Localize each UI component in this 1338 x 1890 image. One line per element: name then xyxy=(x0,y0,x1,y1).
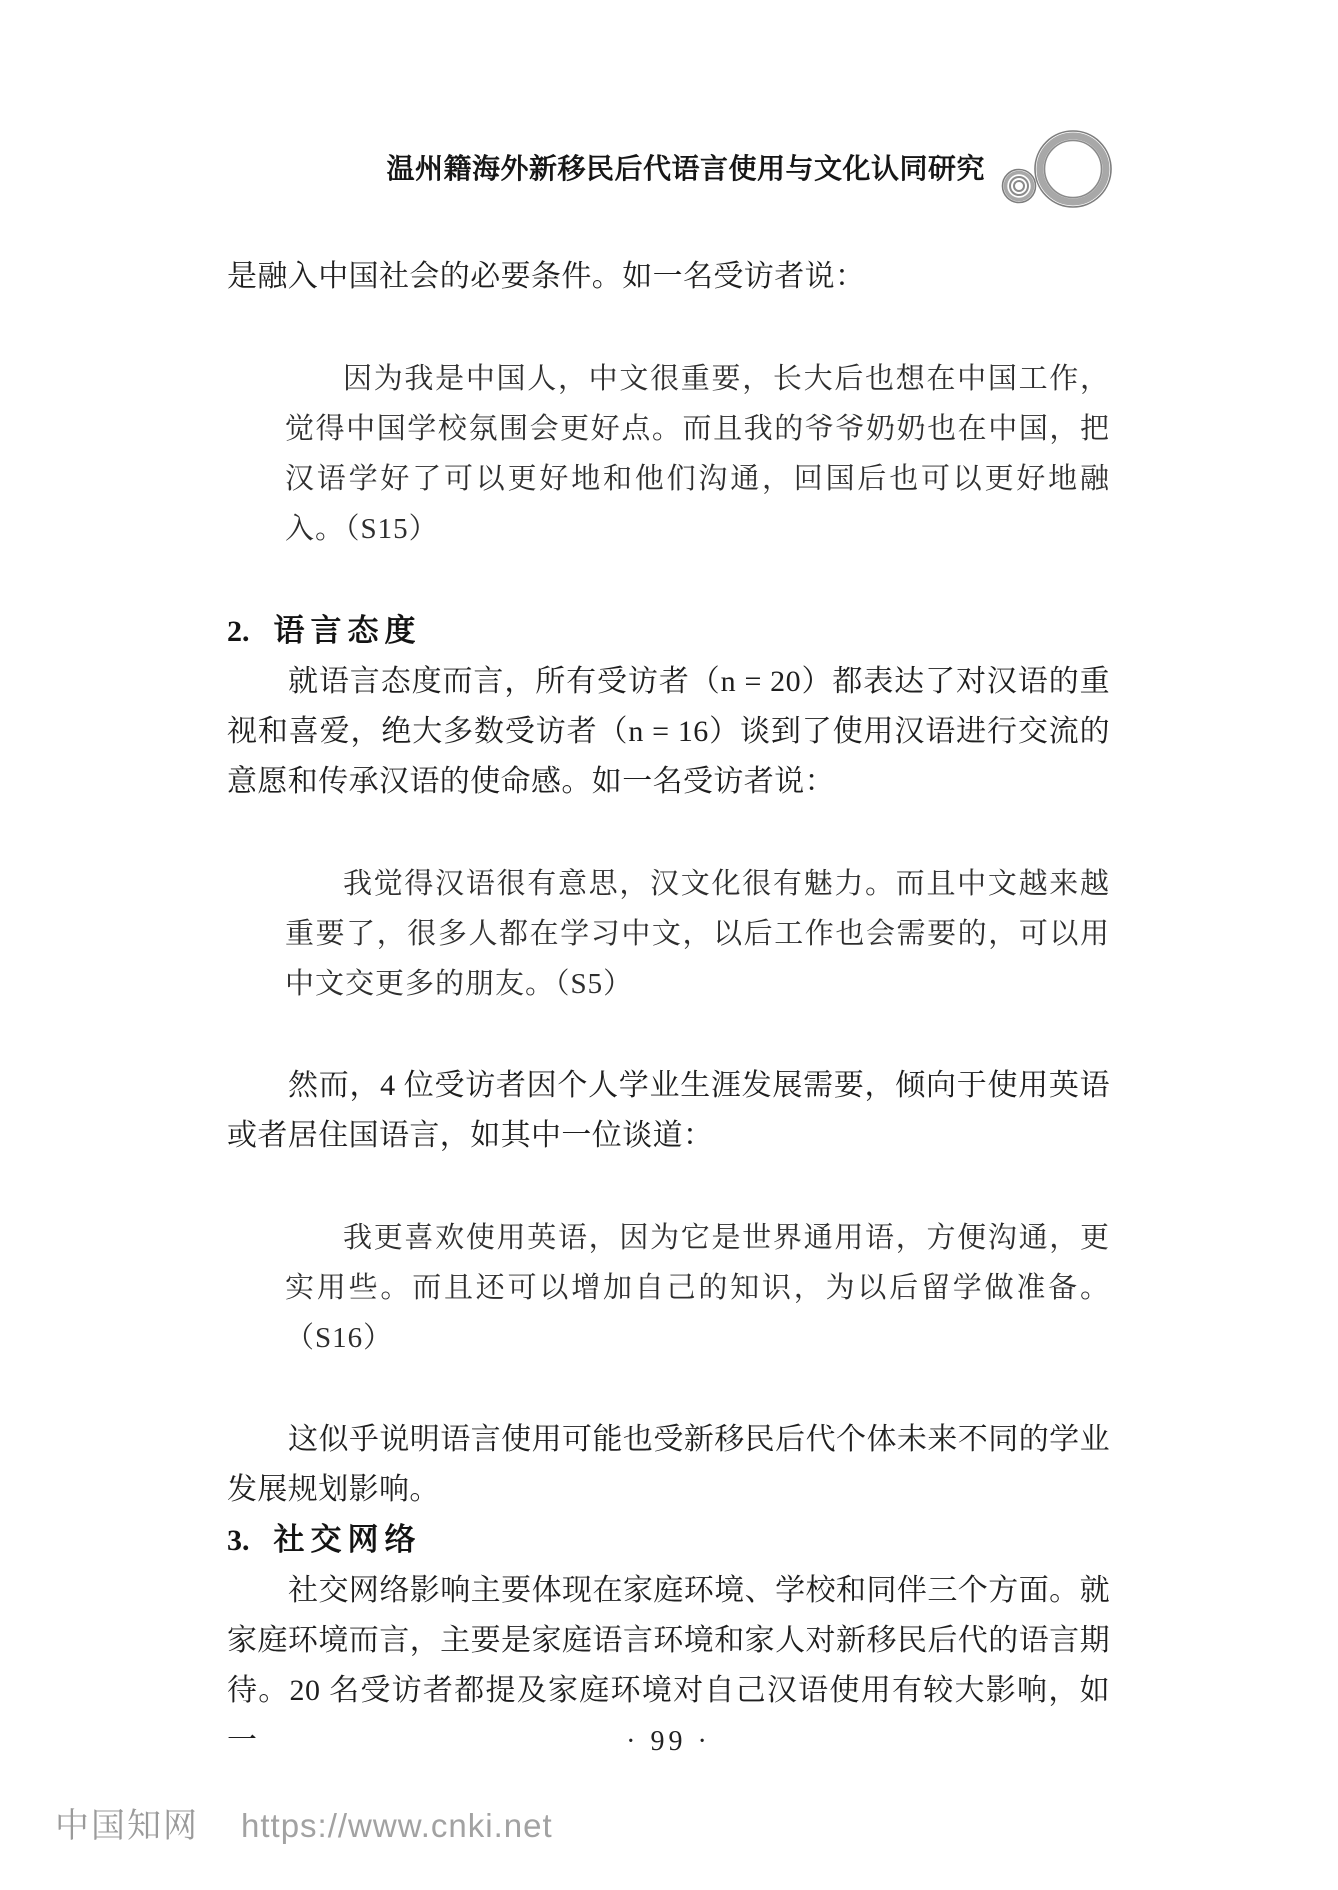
body-paragraph: 然而，4 位受访者因个人学业生涯发展需要，倾向于使用英语或者居住国语言，如其中一… xyxy=(227,1061,1110,1161)
cnki-url: https://www.cnki.net xyxy=(241,1807,553,1845)
cnki-site-name: 中国知网 xyxy=(55,1798,199,1847)
section-number: 3. xyxy=(227,1524,250,1557)
section-heading: 2.语言态度 xyxy=(227,606,1110,657)
running-header-title: 温州籍海外新移民后代语言使用与文化认同研究 xyxy=(386,153,985,185)
section-title: 社交网络 xyxy=(274,1522,422,1557)
section-title: 语言态度 xyxy=(274,613,422,648)
interview-quote: 我更喜欢使用英语，因为它是世界通用语，方便沟通，更实用些。而且还可以增加自己的知… xyxy=(285,1213,1110,1363)
body-paragraph: 这似乎说明语言使用可能也受新移民后代个体未来不同的学业发展规划影响。 xyxy=(227,1415,1110,1515)
interview-quote: 因为我是中国人，中文很重要，长大后也想在中国工作，觉得中国学校氛围会更好点。而且… xyxy=(285,354,1110,554)
cnki-rings-logo-icon xyxy=(993,122,1118,217)
page-footer: 中国知网 https://www.cnki.net xyxy=(55,1798,553,1847)
body-paragraph: 就语言态度而言，所有受访者（n = 20）都表达了对汉语的重视和喜爱，绝大多数受… xyxy=(227,657,1110,807)
page-content: 是融入中国社会的必要条件。如一名受访者说：因为我是中国人，中文很重要，长大后也想… xyxy=(227,252,1110,1766)
page-number: · 99 · xyxy=(227,1722,1110,1762)
interview-quote: 我觉得汉语很有意思，汉文化很有魅力。而且中文越来越重要了，很多人都在学习中文，以… xyxy=(285,859,1110,1009)
section-number: 2. xyxy=(227,615,250,648)
body-paragraph: 是融入中国社会的必要条件。如一名受访者说： xyxy=(227,252,1110,302)
section-heading: 3.社交网络 xyxy=(227,1515,1110,1566)
document-page: 温州籍海外新移民后代语言使用与文化认同研究 是融入中国社会的必要条件。如一名受访… xyxy=(0,0,1338,1890)
